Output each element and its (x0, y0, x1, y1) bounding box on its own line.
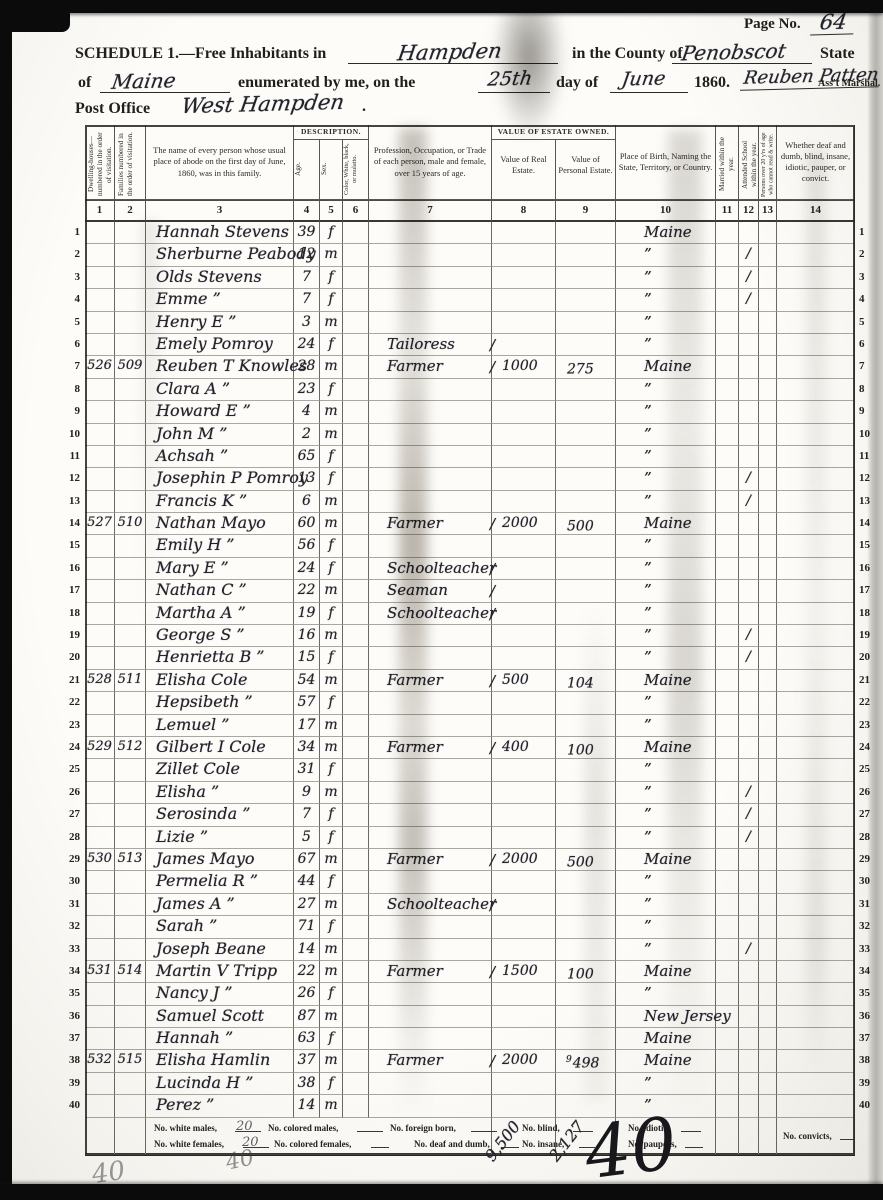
person-color (343, 267, 369, 289)
real-estate-value: 400 (492, 737, 556, 759)
person-occupation-cell (369, 1006, 492, 1028)
personal-estate-cell (556, 625, 616, 647)
remarks-cell (777, 334, 855, 356)
personal-estate-cell (556, 312, 616, 334)
personal-estate-cell (556, 244, 616, 266)
personal-estate-cell (556, 804, 616, 826)
person-sex: m (320, 580, 343, 602)
convicts-blank (840, 1131, 854, 1140)
row-number-right: 5 (855, 312, 872, 334)
row-number-right: 30 (855, 871, 872, 893)
person-color (343, 782, 369, 804)
family-number (115, 222, 146, 244)
family-number (115, 1073, 146, 1095)
personal-estate-cell: 275 (556, 356, 616, 378)
row-number-left: 35 (62, 983, 85, 1005)
school-mark (739, 356, 759, 378)
person-name: Clara A ” (146, 379, 294, 401)
birthplace: ” (616, 289, 716, 311)
dwelling-number (85, 535, 115, 557)
cannot-read-mark (759, 244, 777, 266)
person-color (343, 894, 369, 916)
school-mark (739, 894, 759, 916)
school-mark (739, 1006, 759, 1028)
person-color (343, 379, 369, 401)
person-sex: m (320, 491, 343, 513)
remarks-cell (777, 468, 855, 490)
row-number-right: 38 (855, 1050, 872, 1072)
cannot-read-mark (759, 468, 777, 490)
remarks-cell (777, 871, 855, 893)
row-number-right: 21 (855, 670, 872, 692)
col-header-sex: Sex. (320, 140, 343, 199)
person-name: Mary E ” (146, 558, 294, 580)
family-number (115, 894, 146, 916)
row-number-right: 4 (855, 289, 872, 311)
birthplace: ” (616, 647, 716, 669)
page-total-handwritten: 40 (581, 1107, 681, 1190)
personal-estate-cell: 104 (556, 670, 616, 692)
col-header-remarks: Whether deaf and dumb, blind, insane, id… (777, 125, 855, 200)
person-color (343, 715, 369, 737)
family-number: 514 (115, 961, 146, 983)
birthplace: Maine (616, 1028, 716, 1050)
person-sex: f (320, 334, 343, 356)
row-number-left: 26 (62, 782, 85, 804)
person-name: Henrietta B ” (146, 647, 294, 669)
family-number: 510 (115, 513, 146, 535)
scan-bar-left (0, 0, 12, 1200)
school-mark (739, 424, 759, 446)
colored-females-blank (371, 1139, 389, 1148)
person-sex: f (320, 1073, 343, 1095)
real-estate-value (492, 692, 556, 714)
remarks-cell (777, 535, 855, 557)
row-number-right: 36 (855, 1006, 872, 1028)
cannot-read-mark (759, 827, 777, 849)
person-occupation-cell: Seaman/ (369, 580, 492, 602)
personal-estate-cell (556, 535, 616, 557)
person-name: Elisha Cole (146, 670, 294, 692)
real-estate-value (492, 647, 556, 669)
personal-estate-cell (556, 894, 616, 916)
row-number-left: 30 (62, 871, 85, 893)
remarks-cell (777, 446, 855, 468)
birthplace: Maine (616, 1050, 716, 1072)
row-number-right: 29 (855, 849, 872, 871)
family-number (115, 715, 146, 737)
school-mark: / (739, 468, 759, 490)
real-estate-value (492, 424, 556, 446)
row-number-right: 27 (855, 804, 872, 826)
white-males-label: No. white males, (154, 1123, 217, 1133)
personal-estate-cell (556, 468, 616, 490)
married-mark (716, 1050, 739, 1072)
family-number (115, 267, 146, 289)
real-estate-value (492, 894, 556, 916)
person-age: 7 (294, 289, 320, 311)
person-sex: f (320, 647, 343, 669)
birthplace: ” (616, 939, 716, 961)
cannot-read-mark (759, 289, 777, 311)
cannot-read-mark (759, 446, 777, 468)
cannot-read-mark (759, 558, 777, 580)
cannot-read-mark (759, 356, 777, 378)
dwelling-number (85, 1006, 115, 1028)
married-mark (716, 1073, 739, 1095)
person-color (343, 804, 369, 826)
person-color (343, 625, 369, 647)
school-mark (739, 715, 759, 737)
family-number: 513 (115, 849, 146, 871)
row-number-left: 28 (62, 827, 85, 849)
cannot-read-mark (759, 491, 777, 513)
person-age: 6 (294, 491, 320, 513)
person-occupation-cell: Schoolteacher/ (369, 558, 492, 580)
person-age: 13 (294, 468, 320, 490)
real-estate-value (492, 916, 556, 938)
person-sex: m (320, 737, 343, 759)
dwelling-number: 528 (85, 670, 115, 692)
person-name: Joseph Beane (146, 939, 294, 961)
day-of-label: day of (556, 74, 598, 92)
dwelling-number (85, 692, 115, 714)
gutter-numrow-left (62, 200, 85, 222)
person-color (343, 244, 369, 266)
page-no-value: 64 (810, 9, 857, 35)
family-number (115, 692, 146, 714)
person-name: Francis K ” (146, 491, 294, 513)
row-number-right: 6 (855, 334, 872, 356)
person-color (343, 401, 369, 423)
family-number (115, 289, 146, 311)
col-header-name: The name of every person whose usual pla… (146, 125, 294, 200)
dwelling-number (85, 647, 115, 669)
person-color (343, 1073, 369, 1095)
person-age: 24 (294, 334, 320, 356)
cannot-read-mark (759, 1028, 777, 1050)
person-occupation-cell (369, 647, 492, 669)
person-name: Lizie ” (146, 827, 294, 849)
real-estate-value (492, 312, 556, 334)
person-occupation-cell (369, 535, 492, 557)
of-label: of (78, 74, 91, 92)
marshal-label: Ass't Marshal. (818, 78, 880, 89)
row-number-left: 14 (62, 513, 85, 535)
married-mark (716, 647, 739, 669)
dwelling-number (85, 244, 115, 266)
school-mark (739, 603, 759, 625)
remarks-cell (777, 244, 855, 266)
person-occupation-cell (369, 827, 492, 849)
row-number-left: 38 (62, 1050, 85, 1072)
personal-estate-cell (556, 289, 616, 311)
married-mark (716, 424, 739, 446)
person-color (343, 827, 369, 849)
person-age: 4 (294, 401, 320, 423)
remarks-cell (777, 513, 855, 535)
person-age: 71 (294, 916, 320, 938)
real-estate-value (492, 267, 556, 289)
school-mark (739, 513, 759, 535)
person-color (343, 603, 369, 625)
real-estate-value (492, 715, 556, 737)
row-number-right: 1 (855, 222, 872, 244)
col-number-3: 3 (146, 200, 294, 222)
cannot-read-mark (759, 670, 777, 692)
col-number-9: 9 (556, 200, 616, 222)
row-number-left: 9 (62, 401, 85, 423)
person-age: 22 (294, 580, 320, 602)
col-number-6: 6 (343, 200, 369, 222)
person-name: Reuben T Knowles (146, 356, 294, 378)
cannot-read-mark (759, 849, 777, 871)
col-number-8: 8 (492, 200, 556, 222)
person-occupation: Farmer (387, 357, 443, 375)
row-number-right: 7 (855, 356, 872, 378)
person-occupation-cell (369, 939, 492, 961)
person-occupation-cell: Schoolteacher/ (369, 603, 492, 625)
col-number-2: 2 (115, 200, 146, 222)
school-mark: / (739, 782, 759, 804)
school-mark (739, 1050, 759, 1072)
married-mark (716, 1028, 739, 1050)
cannot-read-mark (759, 1006, 777, 1028)
scanned-census-page: Page No. 64 SCHEDULE 1.—Free Inhabitants… (0, 0, 883, 1200)
real-estate-value (492, 939, 556, 961)
person-sex: f (320, 289, 343, 311)
person-color (343, 1028, 369, 1050)
person-color (343, 939, 369, 961)
row-number-right: 26 (855, 782, 872, 804)
birthplace: Maine (616, 222, 716, 244)
person-age: 17 (294, 715, 320, 737)
person-occupation-cell (369, 267, 492, 289)
real-estate-value (492, 603, 556, 625)
remarks-cell (777, 849, 855, 871)
school-mark: / (739, 647, 759, 669)
person-sex: f (320, 468, 343, 490)
person-occupation-cell: Farmer/ (369, 356, 492, 378)
gutter-header-left (62, 125, 85, 200)
dwelling-number (85, 1095, 115, 1117)
dwelling-number (85, 894, 115, 916)
birthplace: ” (616, 401, 716, 423)
cannot-read-mark (759, 625, 777, 647)
row-number-right: 18 (855, 603, 872, 625)
census-table: Dwelling-houses— numbered in the order o… (62, 125, 872, 1156)
married-mark (716, 558, 739, 580)
person-color (343, 558, 369, 580)
person-age: 34 (294, 737, 320, 759)
person-occupation: Farmer (387, 1051, 443, 1069)
family-number (115, 424, 146, 446)
convicts-label: No. convicts, (783, 1131, 832, 1141)
remarks-cell (777, 804, 855, 826)
school-mark (739, 1095, 759, 1117)
person-occupation-cell (369, 424, 492, 446)
remarks-cell (777, 580, 855, 602)
person-occupation-cell: Farmer/ (369, 849, 492, 871)
personal-estate-cell (556, 580, 616, 602)
remarks-cell (777, 647, 855, 669)
row-number-right: 28 (855, 827, 872, 849)
remarks-cell (777, 670, 855, 692)
married-mark (716, 580, 739, 602)
person-sex: m (320, 715, 343, 737)
dwelling-number (85, 983, 115, 1005)
person-color (343, 446, 369, 468)
person-name: Josephin P Pomroy (146, 468, 294, 490)
person-sex: f (320, 804, 343, 826)
married-mark (716, 692, 739, 714)
person-color (343, 670, 369, 692)
cannot-read-mark (759, 782, 777, 804)
married-mark (716, 916, 739, 938)
dwelling-number (85, 468, 115, 490)
row-number-left: 18 (62, 603, 85, 625)
dwelling-number (85, 939, 115, 961)
person-color (343, 312, 369, 334)
person-sex: f (320, 1028, 343, 1050)
birthplace: ” (616, 894, 716, 916)
cannot-read-mark (759, 1073, 777, 1095)
person-occupation-cell (369, 983, 492, 1005)
post-office-period: . (362, 98, 366, 116)
married-mark (716, 625, 739, 647)
row-number-right: 8 (855, 379, 872, 401)
page-no-label: Page No. (744, 16, 801, 33)
person-color (343, 356, 369, 378)
married-mark (716, 244, 739, 266)
school-mark (739, 871, 759, 893)
person-age: 22 (294, 961, 320, 983)
scan-bar-top (0, 0, 883, 13)
cannot-read-mark (759, 312, 777, 334)
person-sex: m (320, 312, 343, 334)
person-occupation-cell (369, 759, 492, 781)
dwelling-number: 529 (85, 737, 115, 759)
remarks-cell (777, 1050, 855, 1072)
birthplace: Maine (616, 513, 716, 535)
school-mark (739, 1028, 759, 1050)
birthplace: ” (616, 334, 716, 356)
real-estate-value (492, 871, 556, 893)
dwelling-number (85, 334, 115, 356)
person-occupation: Schoolteacher (387, 604, 496, 622)
person-sex: f (320, 558, 343, 580)
row-number-right: 20 (855, 647, 872, 669)
remarks-cell (777, 759, 855, 781)
col-header-cannot-read: Persons over 20 y'rs of age who cannot r… (759, 125, 777, 200)
personal-estate-cell (556, 424, 616, 446)
person-occupation-cell (369, 871, 492, 893)
personal-estate-cell (556, 1006, 616, 1028)
col-header-age: Age. (294, 140, 320, 199)
row-number-left: 24 (62, 737, 85, 759)
col-number-12: 12 (739, 200, 759, 222)
real-estate-value (492, 334, 556, 356)
person-occupation-cell (369, 379, 492, 401)
person-age: 67 (294, 849, 320, 871)
school-mark: / (739, 827, 759, 849)
dwelling-number (85, 1073, 115, 1095)
cannot-read-mark (759, 647, 777, 669)
remarks-cell (777, 1006, 855, 1028)
month-value: June (620, 67, 667, 90)
person-age: 5 (294, 827, 320, 849)
remarks-cell (777, 267, 855, 289)
town-value: Hampden (396, 39, 504, 66)
person-name: Martha A ” (146, 603, 294, 625)
cannot-read-mark (759, 603, 777, 625)
day-value: 25th (486, 67, 534, 90)
person-color (343, 580, 369, 602)
remarks-cell (777, 222, 855, 244)
person-age: 26 (294, 983, 320, 1005)
row-number-left: 34 (62, 961, 85, 983)
married-mark (716, 312, 739, 334)
person-age: 7 (294, 804, 320, 826)
family-number: 511 (115, 670, 146, 692)
person-name: John M ” (146, 424, 294, 446)
dwelling-number (85, 401, 115, 423)
person-name: Hannah Stevens (146, 222, 294, 244)
person-sex: f (320, 379, 343, 401)
gutter-footer-right (855, 1118, 872, 1156)
school-mark (739, 916, 759, 938)
personal-estate-value: 100 (567, 743, 594, 759)
person-sex: m (320, 424, 343, 446)
person-occupation-cell (369, 222, 492, 244)
cannot-read-mark (759, 424, 777, 446)
cannot-read-mark (759, 961, 777, 983)
person-color (343, 289, 369, 311)
birthplace: Maine (616, 670, 716, 692)
person-color (343, 647, 369, 669)
person-color (343, 222, 369, 244)
person-occupation-cell (369, 1028, 492, 1050)
person-age: 39 (294, 222, 320, 244)
real-estate-value (492, 468, 556, 490)
estate-group-header: VALUE OF ESTATE OWNED. Value of Real Est… (492, 125, 616, 200)
row-number-left: 17 (62, 580, 85, 602)
real-estate-value: 500 (492, 670, 556, 692)
person-occupation: Farmer (387, 514, 443, 532)
school-mark (739, 580, 759, 602)
birthplace: ” (616, 491, 716, 513)
married-mark (716, 603, 739, 625)
person-sex: m (320, 939, 343, 961)
person-age: 3 (294, 312, 320, 334)
row-number-right: 13 (855, 491, 872, 513)
personal-estate-cell (556, 1028, 616, 1050)
person-sex: m (320, 1006, 343, 1028)
col-number-10: 10 (616, 200, 716, 222)
real-estate-value: 2000 (492, 513, 556, 535)
row-number-left: 12 (62, 468, 85, 490)
married-mark (716, 356, 739, 378)
person-occupation-cell: Schoolteacher/ (369, 894, 492, 916)
school-mark (739, 737, 759, 759)
person-name: Sarah ” (146, 916, 294, 938)
school-mark (739, 379, 759, 401)
dwelling-number (85, 916, 115, 938)
row-number-left: 37 (62, 1028, 85, 1050)
col-number-4: 4 (294, 200, 320, 222)
family-number (115, 334, 146, 356)
dwelling-number (85, 759, 115, 781)
